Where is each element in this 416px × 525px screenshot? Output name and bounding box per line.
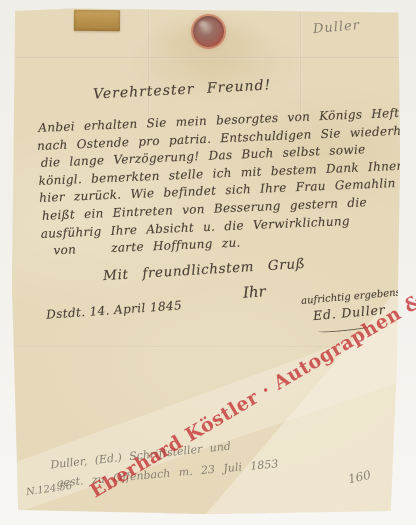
fold-crease-vertical	[148, 8, 150, 120]
letter-sheet: Duller Verehrtester Freund! Anbei erhalt…	[12, 8, 400, 514]
letter-photo: Duller Verehrtester Freund! Anbei erhalt…	[0, 0, 416, 525]
dateline: Dstdt. 14. April 1845	[46, 298, 183, 321]
fold-crease-horizontal	[12, 57, 400, 59]
pencil-inventory-number: N.124.56	[25, 481, 72, 498]
pencil-number: 160	[347, 468, 372, 486]
pencil-author-note: Duller	[312, 18, 360, 37]
fold-crease-vertical	[300, 8, 302, 120]
margin-word: von	[53, 243, 76, 258]
tape-strip	[74, 10, 120, 31]
fold-crease-horizontal	[12, 346, 400, 348]
wax-seal	[193, 16, 224, 47]
closing-line: Mit freundlichstem Gruß	[103, 256, 306, 284]
salutation: Verehrtester Freund!	[93, 77, 272, 102]
signature-flourish	[318, 324, 372, 334]
line-text: zarte Hoffnung zu.	[111, 236, 241, 255]
letter-body: Anbei erhalten Sie mein besorgtes von Kö…	[36, 104, 414, 260]
closing-pronoun: Ihr	[242, 282, 266, 302]
